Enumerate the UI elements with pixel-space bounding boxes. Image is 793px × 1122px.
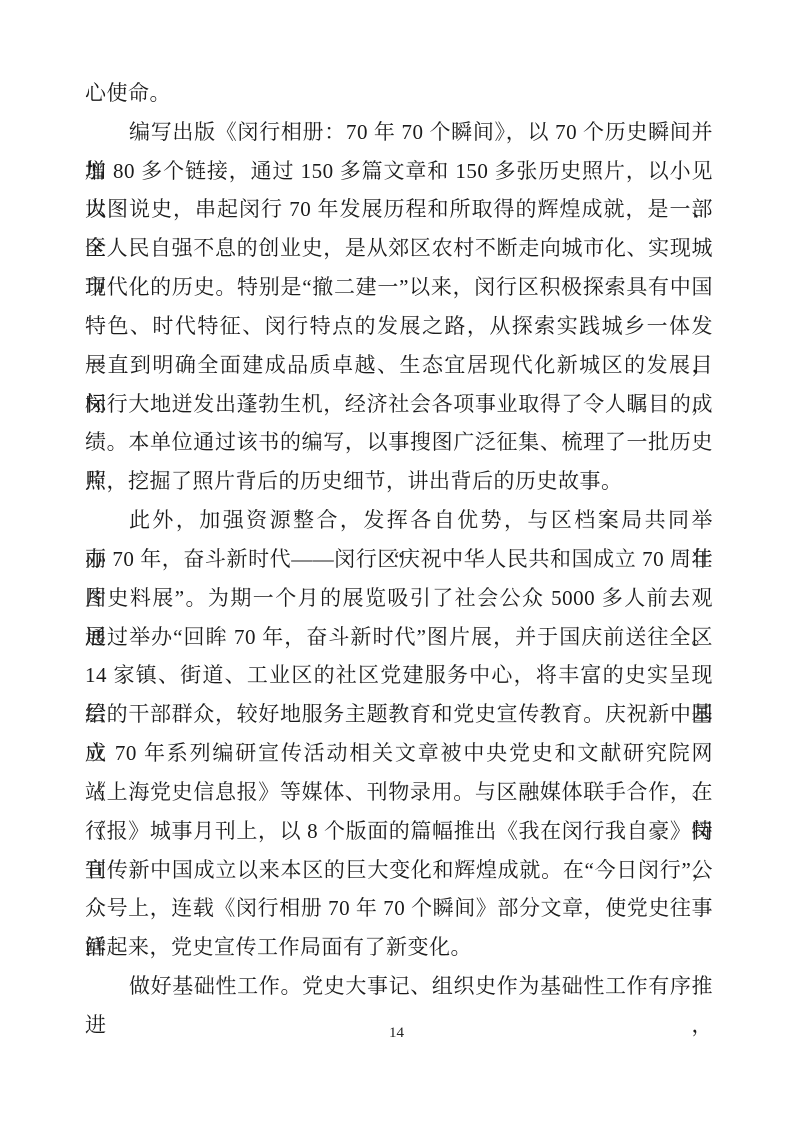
document-page: 心使命。编写出版《闵行相册：70 年 70 个瞬间》，以 70 个历史瞬间并增加… xyxy=(0,0,793,1122)
text-line: 区人民自强不息的创业史，是从郊区农村不断走向城市化、实现城市 xyxy=(85,229,713,268)
text-line: 编写出版《闵行相册：70 年 70 个瞬间》，以 70 个历史瞬间并增 xyxy=(85,113,713,152)
text-line: 绩。本单位通过该书的编写，以事搜图广泛征集、梳理了一批历史照 xyxy=(85,423,713,462)
text-line: 行报》城事月刊上，以 8 个版面的篇幅推出《我在闵行我自豪》特刊， xyxy=(85,812,713,851)
text-line: 众号上，连载《闵行相册 70 年 70 个瞬间》部分文章，使党史往事鲜 xyxy=(85,889,713,928)
text-line: 《上海党史信息报》等媒体、刊物录用。与区融媒体联手合作，在《闵 xyxy=(85,773,713,812)
text-line: 特色、时代特征、闵行特点的发展之路，从探索实践城乡一体发展， xyxy=(85,307,713,346)
text-line: 一直到明确全面建成品质卓越、生态宜居现代化新城区的发展目标， xyxy=(85,346,713,385)
body-text: 心使命。编写出版《闵行相册：70 年 70 个瞬间》，以 70 个历史瞬间并增加… xyxy=(85,74,713,1006)
text-line: 14 家镇、街道、工业区的社区党建服务中心，将丰富的史实呈现给基 xyxy=(85,656,713,695)
text-line: 闵行大地迸发出蓬勃生机，经济社会各项事业取得了令人瞩目的成 xyxy=(85,385,713,424)
text-line: 活起来，党史宣传工作局面有了新变化。 xyxy=(85,928,713,967)
page-footer: 14 xyxy=(0,1024,793,1042)
page-number: 14 xyxy=(389,1025,404,1041)
text-line: 以图说史，串起闵行 70 年发展历程和所取得的辉煌成就，是一部全 xyxy=(85,190,713,229)
text-line: 做好基础性工作。党史大事记、组织史作为基础性工作有序推进， xyxy=(85,967,713,1006)
text-line: 丽 70 年，奋斗新时代——闵行区庆祝中华人民共和国成立 70 周年图 xyxy=(85,540,713,579)
text-line: 现代化的历史。特别是“撤二建一”以来，闵行区积极探索具有中国 xyxy=(85,268,713,307)
text-line: 此外，加强资源整合，发挥各自优势，与区档案局共同举办“壮 xyxy=(85,501,713,540)
text-line: 通过举办“回眸 70 年，奋斗新时代”图片展，并于国庆前送往全区 xyxy=(85,618,713,657)
text-line: 宣传新中国成立以来本区的巨大变化和辉煌成就。在“今日闵行”公 xyxy=(85,851,713,890)
text-line: 立 70 年系列编研宣传活动相关文章被中央党史和文献研究院网站、 xyxy=(85,734,713,773)
text-line: 片，挖掘了照片背后的历史细节，讲出背后的历史故事。 xyxy=(85,462,713,501)
text-line: 心使命。 xyxy=(85,74,713,113)
text-line: 层的干部群众，较好地服务主题教育和党史宣传教育。庆祝新中国成 xyxy=(85,695,713,734)
text-line: 片史料展”。为期一个月的展览吸引了社会公众 5000 多人前去观展。 xyxy=(85,579,713,618)
text-line: 加 80 多个链接，通过 150 多篇文章和 150 多张历史照片，以小见大、 xyxy=(85,152,713,191)
